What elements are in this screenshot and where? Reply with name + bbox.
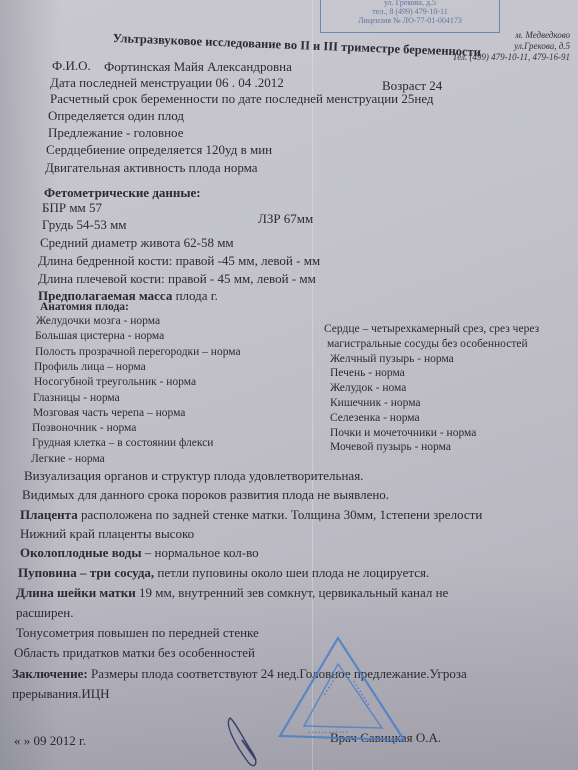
- fetometry-humerus: Длина плечевой кости: правой - 45 мм, ле…: [38, 271, 316, 287]
- fetometry-lzr: ЛЗР 67мм: [258, 211, 313, 227]
- anatomy-left-item: Легкие - норма: [31, 453, 105, 465]
- fetometry-heading: Фетометрические данные:: [44, 185, 201, 201]
- signature-icon: [222, 716, 272, 770]
- document-title: Ультразвуковое исследование во II и III …: [112, 31, 481, 60]
- fetometry-chest: Грудь 54-53 мм: [42, 217, 127, 233]
- anatomy-right-item: Сердце – четырехкамерный срез, срез чере…: [324, 323, 539, 335]
- conclusion-label: Заключение:: [12, 666, 88, 681]
- anatomy-right-item: Почки и мочеточники - норма: [330, 427, 476, 439]
- conclusion-cord: Пуповина – три сосуда, петли пуповины ок…: [18, 565, 429, 581]
- svg-text:• • • • • • • • • • • •: • • • • • • • • • • • •: [308, 730, 348, 736]
- triangle-stamp-icon: • • • • • • • • • • • • • • • • • • • • …: [278, 636, 408, 751]
- anatomy-left-item: Позвоночник - норма: [32, 422, 136, 434]
- anatomy-right-item: Кишечник - норма: [330, 397, 421, 409]
- footer-date: « » 09 2012 г.: [14, 733, 86, 749]
- anatomy-left-item: Большая цистерна - норма: [35, 330, 164, 342]
- anatomy-left-item: Желудочки мозга - норма: [36, 315, 160, 327]
- anatomy-right-item: Селезенка - норма: [330, 412, 420, 424]
- conclusion-cervix-cont: расширен.: [16, 605, 73, 621]
- patient-term: Расчетный срок беременности по дате посл…: [50, 91, 434, 107]
- anatomy-left-item: Полость прозрачной перегородки – норма: [35, 346, 241, 358]
- anatomy-left-item: Профиль лица – норма: [34, 361, 146, 373]
- clinic-stamp-box: ул. Грекова, д.5 тел., 8 (499) 479-10-11…: [320, 0, 500, 33]
- anatomy-right-item: Печень - норма: [330, 367, 405, 379]
- conclusion-adnexa: Область придатков матки без особенностей: [14, 645, 255, 661]
- conclusion-summary-cont: прерывания.ИЦН: [12, 686, 110, 702]
- finding-heartbeat: Сердцебиение определяется 120уд в мин: [46, 142, 272, 158]
- conclusion-placenta-edge: Нижний край плаценты высоко: [20, 526, 194, 542]
- cervix-label: Длина шейки матки: [16, 585, 136, 600]
- anatomy-left-item: Носогубной треугольник - норма: [34, 376, 196, 388]
- conclusion-defects: Видимых для данного срока пороков развит…: [22, 487, 389, 503]
- anatomy-left-item: Глазницы - норма: [33, 392, 120, 404]
- conclusion-visualization: Визуализация органов и структур плода уд…: [24, 468, 363, 484]
- amniotic-label: Околоплодные воды: [20, 545, 141, 560]
- anatomy-right-item: Желчный пузырь - норма: [330, 353, 454, 365]
- fetometry-mass-value: плода г.: [172, 288, 218, 303]
- conclusion-amniotic-fluid: Околоплодные воды – нормальное кол-во: [20, 545, 259, 561]
- finding-activity: Двигательная активность плода норма: [45, 160, 258, 176]
- patient-lmp: Дата последней менструации 06 . 04 .2012: [50, 75, 284, 91]
- amniotic-text: – нормальное кол-во: [141, 545, 258, 560]
- conclusion-cervix: Длина шейки матки 19 мм, внутренний зев …: [16, 585, 448, 601]
- clinic-box-line: ул. Грекова, д.5: [321, 0, 499, 7]
- conclusion-tonus: Тонусометрия повышен по передней стенке: [16, 625, 259, 641]
- finding-presentation: Предлежание - головное: [48, 125, 183, 141]
- patient-fio-label: Ф.И.О.: [52, 58, 91, 74]
- finding-fetus-count: Определяется один плод: [48, 108, 184, 124]
- cervix-text: 19 мм, внутренний зев сомкнут, цервикаль…: [136, 585, 449, 600]
- cord-text: петли пуповины около шеи плода не лоциру…: [154, 565, 429, 580]
- fetometry-bpr: БПР мм 57: [42, 200, 102, 216]
- anatomy-left-item: Мозговая часть черепа – норма: [33, 407, 185, 419]
- placenta-text: расположена по задней стенке матки. Толщ…: [78, 507, 483, 522]
- placenta-label: Плацента: [20, 507, 78, 522]
- anatomy-right-item: магистральные сосуды без особенностей: [327, 338, 528, 350]
- fetometry-femur: Длина бедренной кости: правой -45 мм, ле…: [38, 253, 320, 269]
- anatomy-heading: Анатомия плода:: [40, 301, 129, 313]
- clinic-box-line: тел., 8 (499) 479-10-11: [321, 7, 499, 16]
- anatomy-left-item: Грудная клетка – в состоянии флекси: [32, 437, 213, 449]
- anatomy-right-item: Желудок - нома: [330, 382, 406, 394]
- conclusion-placenta: Плацента расположена по задней стенке ма…: [20, 507, 482, 523]
- clinic-metro: м. Медведково: [453, 30, 570, 41]
- anatomy-right-item: Мочевой пузырь - норма: [330, 441, 451, 453]
- clinic-box-line: Лицензия № ЛО-77-01-004173: [321, 16, 499, 25]
- patient-fio-value: Фортинская Майя Александровна: [104, 59, 292, 75]
- cord-label: Пуповина – три сосуда,: [18, 565, 154, 580]
- fetometry-abdomen: Средний диаметр живота 62-58 мм: [40, 235, 234, 251]
